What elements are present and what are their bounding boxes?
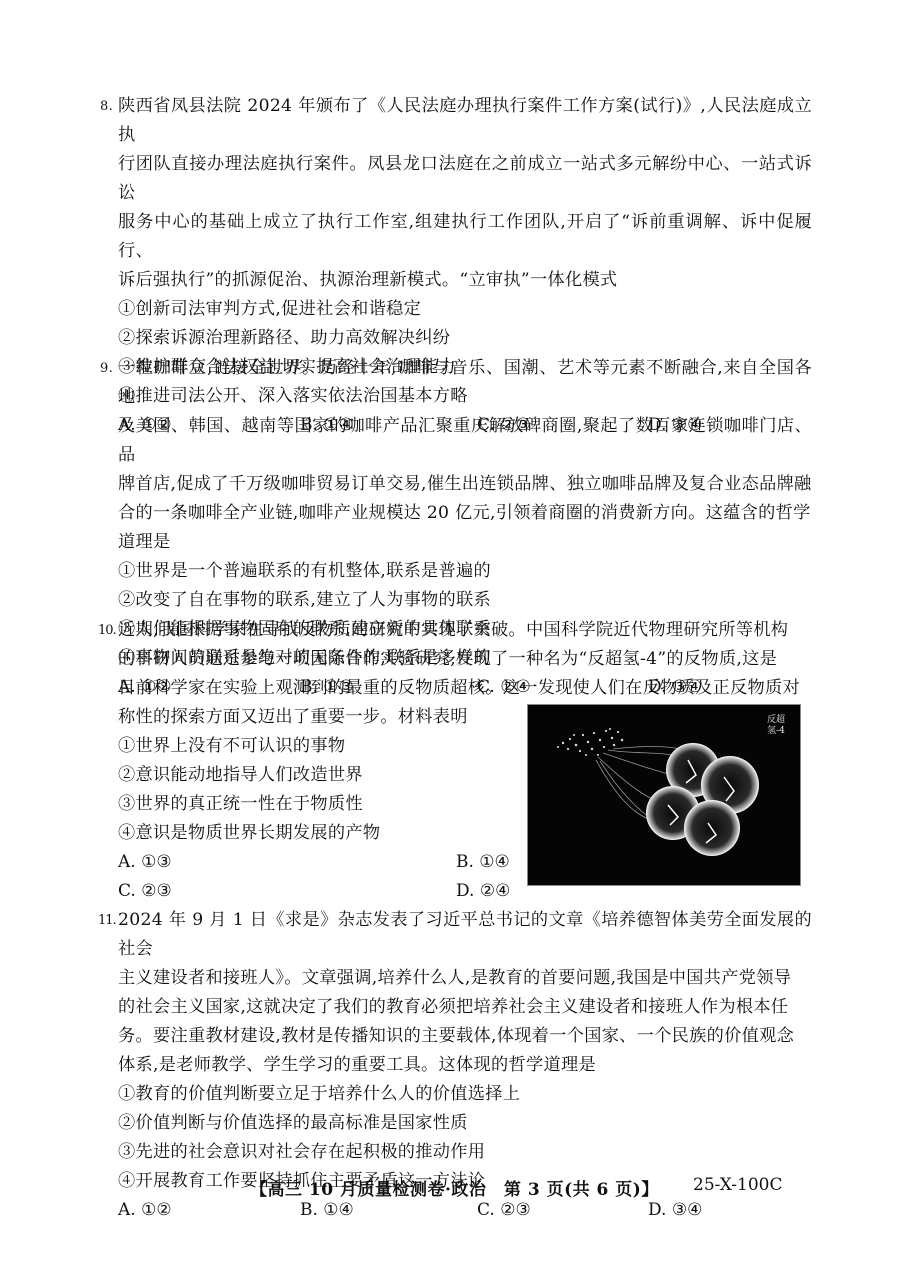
stem-line: 务。要注重教材建设,教材是传播知识的主要载体,体现着一个国家、一个民族的价值观念 (118, 1022, 812, 1051)
choice-d[interactable]: D. ②④ (456, 877, 510, 906)
statement-1: ①创新司法审判方式,促进社会和谐稳定 (100, 295, 812, 324)
question-number: 10. (98, 616, 116, 645)
stem-line: 诉后强执行”的抓源促治、执源治理新模式。“立审执”一体化模式 (118, 266, 812, 295)
question-number: 8. (100, 92, 113, 121)
stem-line: 陕西省凤县法院 2024 年颁布了《人民法庭办理执行案件工作方案(试行)》,人民… (118, 92, 812, 150)
answer-choices: A. ①② B. ①④ C. ②③ D. ③④ (100, 1196, 812, 1225)
question-stem: 8. 陕西省凤县法院 2024 年颁布了《人民法庭办理执行案件工作方案(试行)》… (100, 92, 812, 295)
stem-line: 及美国、韩国、越南等国家的咖啡产品汇聚重庆解放碑商圈,聚起了数百家连锁咖啡门店、… (118, 412, 812, 470)
question-stem: 9. 一粒咖啡豆,链接全世界。历经十年,咖啡与音乐、国潮、艺术等元素不断融合,来… (100, 354, 812, 557)
question-number: 9. (100, 354, 113, 383)
stem-line: 牌首店,促成了千万级咖啡贸易订单交易,催生出连锁品牌、独立咖啡品牌及复合业态品牌… (118, 470, 812, 499)
choice-a[interactable]: A. ①③ (118, 848, 172, 877)
stem-line: 体系,是老师教学、学生学习的重要工具。这体现的哲学道理是 (118, 1051, 812, 1080)
stem-line: 行团队直接办理法庭执行案件。凤县龙口法庭在之前成立一站式多元解纷中心、一站式诉讼 (118, 150, 812, 208)
exam-page: 8. 陕西省凤县法院 2024 年颁布了《人民法庭办理执行案件工作方案(试行)》… (0, 0, 900, 1272)
stem-line: 合的一条咖啡全产业链,咖啡产业规模达 20 亿元,引领着商圈的消费新方向。这蕴含… (118, 499, 812, 528)
stem-line: 一粒咖啡豆,链接全世界。历经十年,咖啡与音乐、国潮、艺术等元素不断融合,来自全国… (118, 354, 812, 412)
stem-line: 道理是 (118, 528, 812, 557)
question-number: 11. (98, 906, 116, 935)
statement-2: ②探索诉源治理新路径、助力高效解决纠纷 (100, 324, 812, 353)
antimatter-figure: 反超 氢-4 (527, 704, 801, 886)
choice-c[interactable]: C. ②③ (477, 1196, 531, 1225)
stem-line: 主义建设者和接班人》。文章强调,培养什么人,是教育的首要问题,我国是中国共产党领… (118, 964, 812, 993)
choice-c[interactable]: C. ②③ (118, 877, 172, 906)
stem-line: 2024 年 9 月 1 日《求是》杂志发表了习近平总书记的文章《培养德智体美劳… (118, 906, 812, 964)
statement-1: ①世界是一个普遍联系的有机整体,联系是普遍的 (100, 557, 812, 586)
choice-a[interactable]: A. ①② (118, 1196, 172, 1225)
choice-b[interactable]: B. ①④ (456, 848, 510, 877)
choice-b[interactable]: B. ①④ (300, 1196, 354, 1225)
stem-line: 服务中心的基础上成立了执行工作室,组建执行工作团队,开启了“诉前重调解、诉中促履… (118, 208, 812, 266)
question-stem: 11. 2024 年 9 月 1 日《求是》杂志发表了习近平总书记的文章《培养德… (100, 906, 812, 1080)
stem-line: 的社会主义国家,这就决定了我们的教育必须把培养社会主义建设者和接班人作为根本任 (118, 993, 812, 1022)
stem-line: 近期,我国科学家在寻找反物质的研究中实现了突破。中国科学院近代物理研究所等机构 (118, 616, 830, 645)
figure-label: 反超 氢-4 (766, 715, 786, 737)
antimatter-illustration-icon (528, 705, 800, 885)
statement-3: ③先进的社会意识对社会存在起积极的推动作用 (100, 1138, 812, 1167)
exam-code: 25-X-100C (693, 1175, 782, 1195)
statement-2: ②改变了自在事物的联系,建立了人为事物的联系 (100, 586, 812, 615)
page-footer: 【高三 10 月质量检测卷·政治 第 3 页(共 6 页)】 25-X-100C (250, 1175, 659, 1200)
statement-2: ②价值判断与价值选择的最高标准是国家性质 (100, 1109, 812, 1138)
choice-d[interactable]: D. ③④ (648, 1196, 702, 1225)
footer-title: 【高三 10 月质量检测卷·政治 第 3 页(共 6 页)】 (250, 1180, 659, 1200)
statement-1: ①教育的价值判断要立足于培养什么人的价值选择上 (100, 1080, 812, 1109)
stem-line: 目前科学家在实验上观测到的最重的反物质超核。这一发现使人们在反物质及正反物质对 (118, 674, 830, 703)
stem-line: 的科研人员通过参与一项国际合作实验研究,发现了一种名为“反超氢-4”的反物质,这… (118, 645, 830, 674)
